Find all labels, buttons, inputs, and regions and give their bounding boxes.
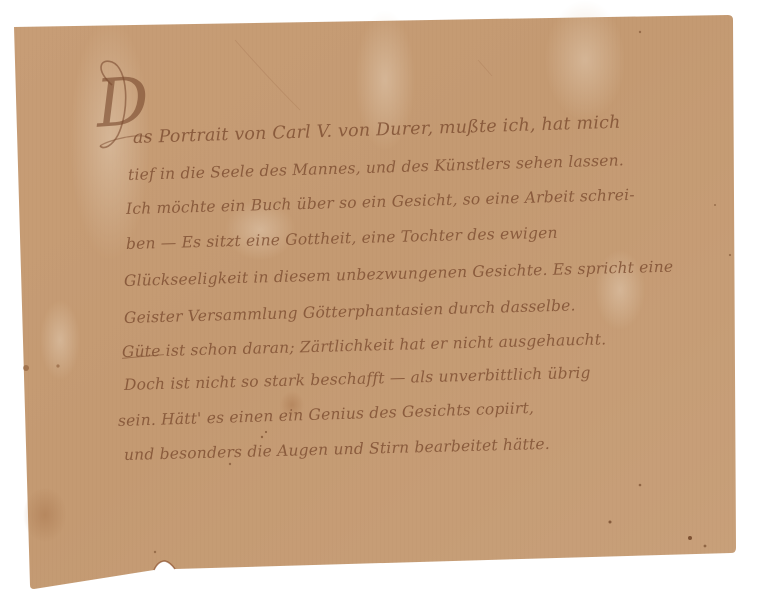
aged-paper-sheet [0, 0, 757, 600]
document-scan: D as Portrait von Carl V. von Durer, muß… [0, 0, 757, 600]
